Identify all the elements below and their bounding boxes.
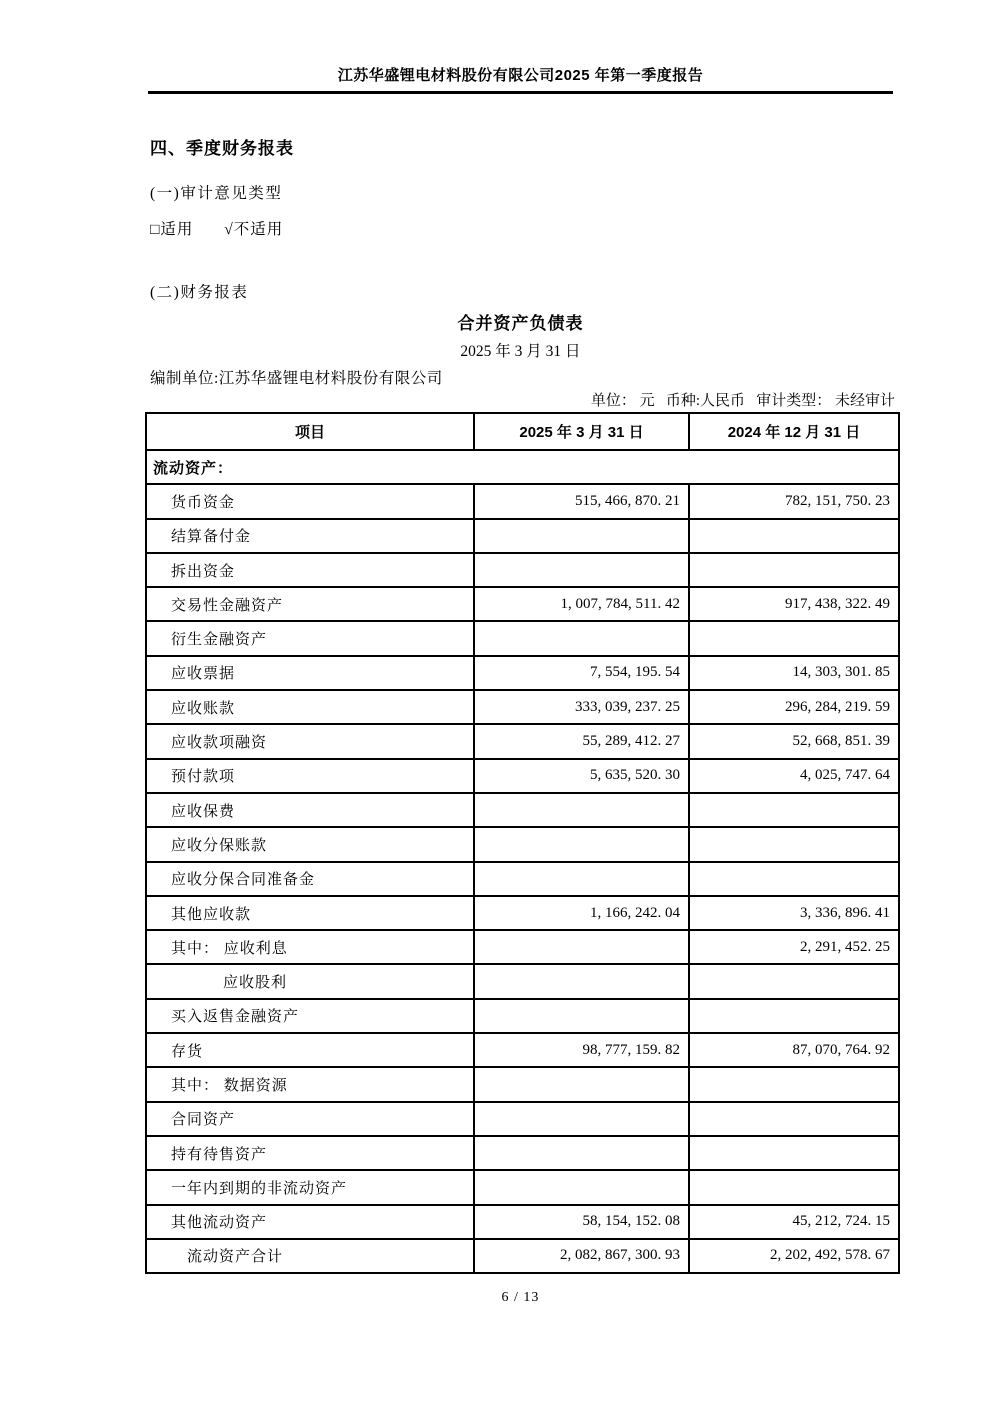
row-label: 其他流动资产	[146, 1205, 474, 1239]
table-row: 应收分保合同准备金	[146, 862, 899, 896]
value-2024-12-31: 87, 070, 764. 92	[689, 1033, 899, 1067]
table-row: 流动资产：	[146, 450, 899, 484]
row-label: 预付款项	[146, 759, 474, 793]
row-label: 一年内到期的非流动资产	[146, 1170, 474, 1204]
audit-opinion-heading: (一)审计意见类型	[150, 181, 282, 203]
value-2025-03-31: 7, 554, 195. 54	[474, 656, 689, 690]
statement-meta: 单位： 元 币种:人民币 审计类型： 未经审计	[148, 389, 895, 410]
value-2025-03-31: 5, 635, 520. 30	[474, 759, 689, 793]
table-row: 交易性金融资产1, 007, 784, 511. 42917, 438, 322…	[146, 587, 899, 621]
section-row-label: 流动资产：	[146, 450, 899, 484]
checkbox-applicable: □适用	[150, 221, 193, 238]
value-2025-03-31: 333, 039, 237. 25	[474, 690, 689, 724]
table-row: 合同资产	[146, 1102, 899, 1136]
value-2024-12-31	[689, 1067, 899, 1101]
row-label: 货币资金	[146, 484, 474, 518]
row-label: 持有待售资产	[146, 1136, 474, 1170]
table-row: 其中： 应收利息2, 291, 452. 25	[146, 930, 899, 964]
document-header-title: 江苏华盛锂电材料股份有限公司2025 年第一季度报告	[148, 64, 893, 85]
table-row: 持有待售资产	[146, 1136, 899, 1170]
row-label: 合同资产	[146, 1102, 474, 1136]
value-2024-12-31	[689, 999, 899, 1033]
table-header-row: 项目 2025 年 3 月 31 日 2024 年 12 月 31 日	[146, 413, 899, 450]
value-2025-03-31	[474, 1102, 689, 1136]
row-label: 结算备付金	[146, 519, 474, 553]
row-label: 应收票据	[146, 656, 474, 690]
value-2024-12-31	[689, 519, 899, 553]
value-2024-12-31: 52, 668, 851. 39	[689, 724, 899, 758]
value-2024-12-31	[689, 964, 899, 998]
value-2025-03-31: 2, 082, 867, 300. 93	[474, 1239, 689, 1273]
value-2025-03-31	[474, 1067, 689, 1101]
table-row: 应收票据7, 554, 195. 5414, 303, 301. 85	[146, 656, 899, 690]
table-row: 应收分保账款	[146, 827, 899, 861]
value-2024-12-31	[689, 1136, 899, 1170]
value-2024-12-31: 4, 025, 747. 64	[689, 759, 899, 793]
value-2025-03-31: 58, 154, 152. 08	[474, 1205, 689, 1239]
applicability-line: □适用 √不适用	[150, 217, 283, 239]
value-2024-12-31: 782, 151, 750. 23	[689, 484, 899, 518]
value-2024-12-31: 45, 212, 724. 15	[689, 1205, 899, 1239]
value-2024-12-31	[689, 793, 899, 827]
value-2024-12-31: 296, 284, 219. 59	[689, 690, 899, 724]
table-row: 买入返售金融资产	[146, 999, 899, 1033]
prepared-by: 编制单位:江苏华盛锂电材料股份有限公司	[150, 366, 443, 388]
row-label: 应收分保合同准备金	[146, 862, 474, 896]
col-header-2025-03-31: 2025 年 3 月 31 日	[474, 413, 689, 450]
value-2024-12-31	[689, 621, 899, 655]
value-2024-12-31: 2, 291, 452. 25	[689, 930, 899, 964]
table-row: 存货98, 777, 159. 8287, 070, 764. 92	[146, 1033, 899, 1067]
table-row: 结算备付金	[146, 519, 899, 553]
value-2025-03-31	[474, 930, 689, 964]
value-2025-03-31	[474, 793, 689, 827]
statement-title: 合并资产负债表	[148, 309, 893, 334]
value-2025-03-31: 98, 777, 159. 82	[474, 1033, 689, 1067]
value-2025-03-31	[474, 519, 689, 553]
table-row: 预付款项5, 635, 520. 304, 025, 747. 64	[146, 759, 899, 793]
col-header-item: 项目	[146, 413, 474, 450]
value-2025-03-31	[474, 1136, 689, 1170]
value-2025-03-31	[474, 1170, 689, 1204]
value-2025-03-31: 1, 166, 242. 04	[474, 896, 689, 930]
row-label: 交易性金融资产	[146, 587, 474, 621]
row-label: 拆出资金	[146, 553, 474, 587]
value-2025-03-31: 515, 466, 870. 21	[474, 484, 689, 518]
table-row: 应收款项融资55, 289, 412. 2752, 668, 851. 39	[146, 724, 899, 758]
value-2024-12-31	[689, 827, 899, 861]
table-row: 应收账款333, 039, 237. 25296, 284, 219. 59	[146, 690, 899, 724]
checkbox-not-applicable: √不适用	[224, 221, 283, 238]
table-row: 应收保费	[146, 793, 899, 827]
row-label: 应收账款	[146, 690, 474, 724]
page-number: 6 / 13	[148, 1290, 893, 1306]
value-2025-03-31	[474, 862, 689, 896]
table-row: 其中： 数据资源	[146, 1067, 899, 1101]
statement-date: 2025 年 3 月 31 日	[148, 339, 893, 361]
value-2025-03-31	[474, 964, 689, 998]
value-2024-12-31: 14, 303, 301. 85	[689, 656, 899, 690]
table-row: 其他流动资产58, 154, 152. 0845, 212, 724. 15	[146, 1205, 899, 1239]
table-row: 一年内到期的非流动资产	[146, 1170, 899, 1204]
row-label: 买入返售金融资产	[146, 999, 474, 1033]
table-row: 应收股利	[146, 964, 899, 998]
row-label: 其中： 应收利息	[146, 930, 474, 964]
financial-statements-heading: (二)财务报表	[150, 280, 248, 302]
value-2024-12-31	[689, 553, 899, 587]
value-2025-03-31: 55, 289, 412. 27	[474, 724, 689, 758]
row-label: 应收分保账款	[146, 827, 474, 861]
table-row: 流动资产合计2, 082, 867, 300. 932, 202, 492, 5…	[146, 1239, 899, 1273]
row-label: 其他应收款	[146, 896, 474, 930]
value-2024-12-31: 3, 336, 896. 41	[689, 896, 899, 930]
value-2024-12-31: 917, 438, 322. 49	[689, 587, 899, 621]
value-2024-12-31	[689, 862, 899, 896]
row-label: 应收保费	[146, 793, 474, 827]
row-label: 衍生金融资产	[146, 621, 474, 655]
row-label: 其中： 数据资源	[146, 1067, 474, 1101]
row-label: 应收款项融资	[146, 724, 474, 758]
section-title: 四、季度财务报表	[150, 134, 294, 159]
row-label: 流动资产合计	[146, 1239, 474, 1273]
value-2025-03-31	[474, 999, 689, 1033]
table-body: 流动资产：货币资金515, 466, 870. 21782, 151, 750.…	[146, 450, 899, 1273]
table-row: 其他应收款1, 166, 242. 043, 336, 896. 41	[146, 896, 899, 930]
row-label: 应收股利	[146, 964, 474, 998]
value-2025-03-31: 1, 007, 784, 511. 42	[474, 587, 689, 621]
value-2024-12-31: 2, 202, 492, 578. 67	[689, 1239, 899, 1273]
header-rule	[148, 91, 893, 94]
value-2025-03-31	[474, 621, 689, 655]
balance-sheet-table: 项目 2025 年 3 月 31 日 2024 年 12 月 31 日 流动资产…	[145, 412, 900, 1274]
value-2024-12-31	[689, 1170, 899, 1204]
table-row: 衍生金融资产	[146, 621, 899, 655]
row-label: 存货	[146, 1033, 474, 1067]
table-row: 拆出资金	[146, 553, 899, 587]
table-row: 货币资金515, 466, 870. 21782, 151, 750. 23	[146, 484, 899, 518]
value-2024-12-31	[689, 1102, 899, 1136]
report-page: 江苏华盛锂电材料股份有限公司2025 年第一季度报告 四、季度财务报表 (一)审…	[0, 0, 1000, 1414]
value-2025-03-31	[474, 553, 689, 587]
col-header-2024-12-31: 2024 年 12 月 31 日	[689, 413, 899, 450]
value-2025-03-31	[474, 827, 689, 861]
